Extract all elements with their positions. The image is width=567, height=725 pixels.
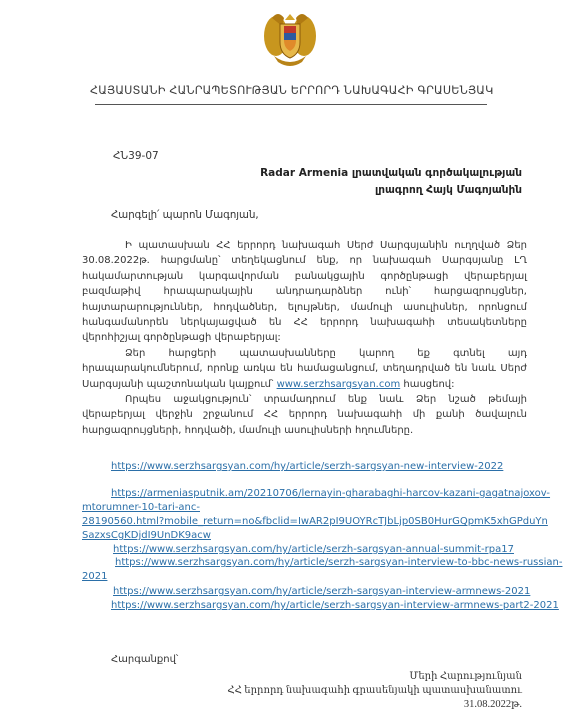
addressee-line-1: Radar Armenia լրատվական գործակալության xyxy=(260,165,522,182)
paragraph-3: Որպես աջակցություն՝ տրամադրում ենք նաև Ձ… xyxy=(82,392,527,438)
paragraph-2-tail: հասցեով: xyxy=(400,379,454,390)
paragraph-2: Ձեր հարցերի պատասխանները կարող եք գտնել … xyxy=(82,346,527,392)
link-armeniasputnik-line3[interactable]: 28190560.html?mobile_return=no&fbclid=Iw… xyxy=(82,516,548,527)
armenia-coat-of-arms-icon xyxy=(262,8,318,70)
link-armeniasputnik-line1[interactable]: https://armeniasputnik.am/20210706/lerna… xyxy=(111,488,550,499)
official-site-link[interactable]: www.serzhsargsyan.com xyxy=(277,379,401,390)
signatory-title: ՀՀ երրորդ նախագահի գրասենյակի պատասխանատ… xyxy=(227,684,522,698)
addressee-line-2: լրագրող Հայկ Մագոյանին xyxy=(260,182,522,199)
reference-number: ՀՆ39-07 xyxy=(113,150,159,162)
letter-date: 31.08.2022թ. xyxy=(227,698,522,712)
greeting: Հարգելի՛ պարոն Մագոյան, xyxy=(111,210,259,221)
header-divider xyxy=(95,104,487,105)
link-armnews-2021[interactable]: https://www.serzhsargsyan.com/hy/article… xyxy=(113,586,530,597)
link-armeniasputnik-line2[interactable]: mtorumner-10-tari-anc- xyxy=(82,502,200,513)
closing: Հարգանքով՝ xyxy=(111,654,178,665)
link-new-interview-2022[interactable]: https://www.serzhsargsyan.com/hy/article… xyxy=(111,461,503,472)
link-armeniasputnik-line4[interactable]: SazxsCgKDjdI9UnDK9acw xyxy=(82,530,211,541)
organization-title: ՀԱՅԱՍՏԱՆԻ ՀԱՆՐԱՊԵՏՈՒԹՅԱՆ ԵՐՐՈՐԴ ՆԱԽԱԳԱՀԻ… xyxy=(90,84,490,97)
link-bbc-news-russian-line1[interactable]: https://www.serzhsargsyan.com/hy/article… xyxy=(115,557,562,568)
addressee-block: Radar Armenia լրատվական գործակալության լ… xyxy=(260,165,522,199)
link-annual-summit-rpa17[interactable]: https://www.serzhsargsyan.com/hy/article… xyxy=(113,544,514,555)
letter-body: Ի պատասխան ՀՀ երրորդ նախագահ Սերժ Սարգսյ… xyxy=(82,238,527,438)
link-bbc-news-russian-line2[interactable]: 2021 xyxy=(82,571,107,582)
link-armnews-part2-2021[interactable]: https://www.serzhsargsyan.com/hy/article… xyxy=(111,600,559,611)
signature-block: Մերի Հարությունյան ՀՀ երրորդ նախագահի գր… xyxy=(227,670,522,712)
paragraph-1: Ի պատասխան ՀՀ երրորդ նախագահ Սերժ Սարգսյ… xyxy=(82,238,527,346)
signatory-name: Մերի Հարությունյան xyxy=(227,670,522,684)
